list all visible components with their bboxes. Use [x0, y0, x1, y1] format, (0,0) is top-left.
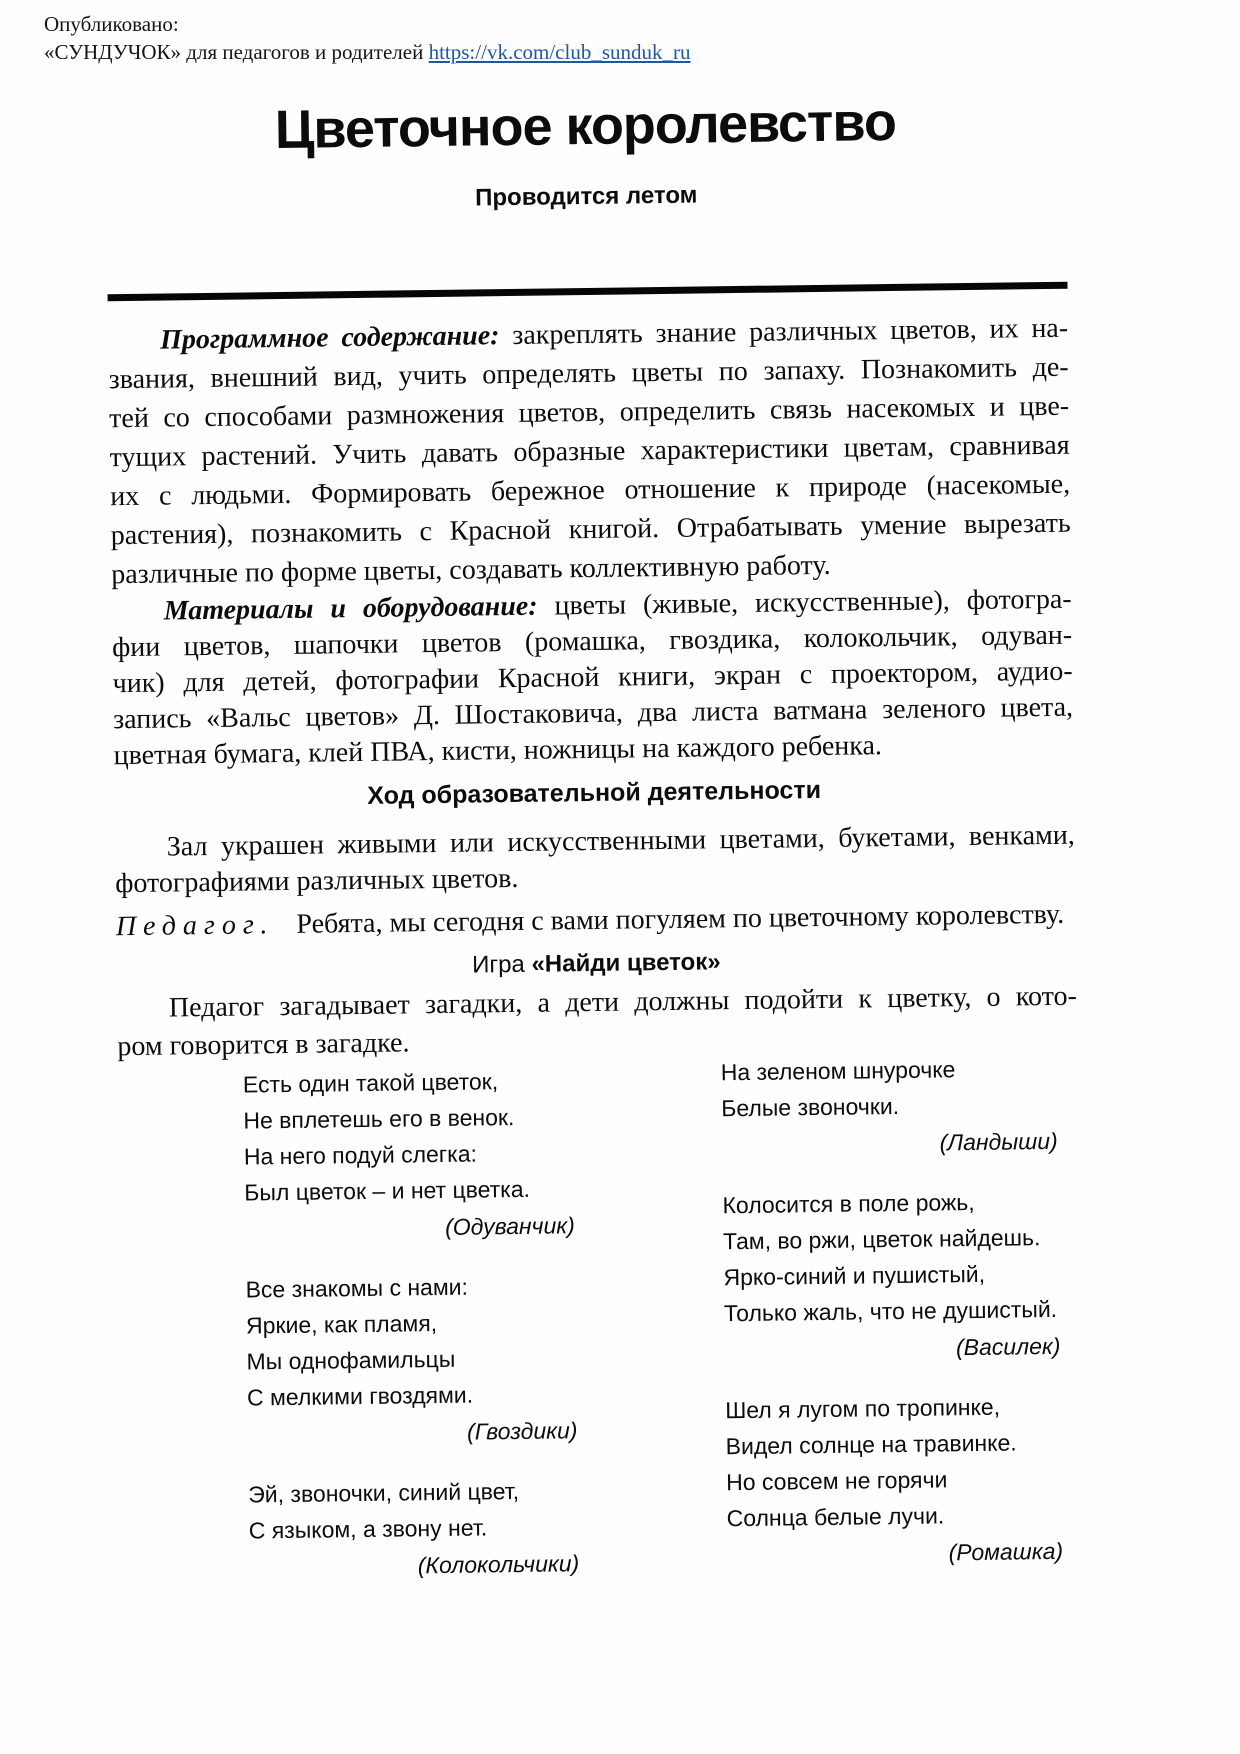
riddle-columns: Есть один такой цветок,Не вплетешь его в…: [118, 1056, 1085, 1612]
source-line: «СУНДУЧОК» для педагогов и родителей htt…: [44, 38, 691, 66]
program-content-first-line: закреплять знание различных цветов, их н…: [499, 313, 1068, 351]
teacher-label: Педагог.: [116, 909, 275, 942]
riddle-answer: (Гвоздики): [247, 1412, 577, 1452]
materials-first-line: цветы (живые, искусственные), фотогра-: [537, 584, 1071, 622]
program-content-lead: Программное содержание:: [160, 320, 500, 355]
riddle-column-right: На зеленом шнурочкеБелые звоночки.(Ланды…: [721, 1050, 1064, 1603]
riddle: Есть один такой цветок,Не вплетешь его в…: [243, 1062, 575, 1247]
riddle-line: Все знакомы с нами:: [245, 1267, 575, 1307]
riddle-line: С языком, а звону нет.: [249, 1508, 579, 1548]
riddle-line: Яркие, как пламя,: [246, 1303, 576, 1343]
riddle: Все знакомы с нами:Яркие, как пламя,Мы о…: [245, 1267, 577, 1452]
scanned-content: Цветочное королевство Проводится летом П…: [105, 90, 1085, 1611]
riddle-answer: (Ромашка): [727, 1533, 1063, 1573]
riddle: Эй, звоночки, синий цвет,С языком, а зво…: [248, 1472, 579, 1585]
materials-paragraph: Материалы и оборудование: цветы (живые, …: [111, 582, 1073, 775]
riddle: Колосится в поле рожь,Там, во ржи, цвето…: [722, 1183, 1060, 1368]
riddle-line: Видел солнце на травинке.: [725, 1424, 1061, 1464]
subtitle: Проводится летом: [106, 176, 1066, 219]
riddle-line: Колосится в поле рожь,: [722, 1183, 1058, 1223]
riddle-answer: (Колокольчики): [249, 1545, 579, 1585]
program-content-paragraph: Программное содержание: закреплять знани…: [108, 309, 1071, 595]
game-heading-name: «Найди цветок»: [531, 948, 720, 977]
riddle-answer: (Одуванчик): [245, 1207, 575, 1247]
riddle-line: На зеленом шнурочке: [721, 1050, 1057, 1090]
published-label: Опубликовано:: [44, 10, 691, 38]
riddle: Шел я лугом по тропинке,Видел солнце на …: [725, 1388, 1063, 1573]
published-header: Опубликовано: «СУНДУЧОК» для педагогов и…: [44, 10, 691, 66]
riddle-line: С мелкими гвоздями.: [247, 1375, 577, 1415]
source-link[interactable]: https://vk.com/club_sunduk_ru: [429, 40, 691, 64]
document-page: Опубликовано: «СУНДУЧОК» для педагогов и…: [0, 0, 1240, 1754]
page-title: Цветочное королевство: [105, 90, 1066, 163]
riddle-line: Солнца белые лучи.: [726, 1496, 1062, 1536]
riddle-answer: (Василек): [724, 1328, 1060, 1368]
riddle-answer: (Ландыши): [722, 1123, 1058, 1163]
activity-heading: Ход образовательной деятельности: [114, 772, 1074, 815]
teacher-line: Педагог.Ребята, мы сегодня с вами погуля…: [116, 896, 1076, 947]
riddle-line: Не вплетешь его в венок.: [243, 1098, 573, 1138]
hall-paragraph: Зал украшен живыми или искусственными цв…: [115, 818, 1076, 903]
divider-rule: [108, 282, 1068, 302]
riddle-line: Белые звоночки.: [721, 1086, 1057, 1126]
game-heading-prefix: Игра: [472, 951, 532, 979]
riddle-line: Ярко-синий и пушистый,: [723, 1255, 1059, 1295]
riddle-line: Мы однофамильцы: [246, 1339, 576, 1379]
riddle-column-left: Есть один такой цветок,Не вплетешь его в…: [243, 1062, 580, 1609]
materials-lead: Материалы и оборудование:: [164, 591, 538, 627]
materials-lines: фии цветов, шапочки цветов (ромашка, гво…: [112, 618, 1073, 739]
riddle-line: Был цветок – и нет цветка.: [244, 1170, 574, 1210]
riddle-line: Но совсем не горячи: [726, 1460, 1062, 1500]
riddle: На зеленом шнурочкеБелые звоночки.(Ланды…: [721, 1050, 1058, 1163]
riddle-line: На него подуй слегка:: [244, 1134, 574, 1174]
riddle-line: Есть один такой цветок,: [243, 1062, 573, 1102]
riddle-line: Шел я лугом по тропинке,: [725, 1388, 1061, 1428]
riddle-line: Там, во ржи, цветок найдешь.: [723, 1219, 1059, 1259]
riddle-line: Эй, звоночки, синий цвет,: [248, 1472, 578, 1512]
program-content-lines: звания, внешний вид, учить определять цв…: [108, 348, 1070, 556]
source-prefix: «СУНДУЧОК» для педагогов и родителей: [44, 40, 429, 64]
riddle-line: Только жаль, что не душистый.: [724, 1291, 1060, 1331]
teacher-text: Ребята, мы сегодня с вами погуляем по цв…: [296, 899, 1064, 940]
